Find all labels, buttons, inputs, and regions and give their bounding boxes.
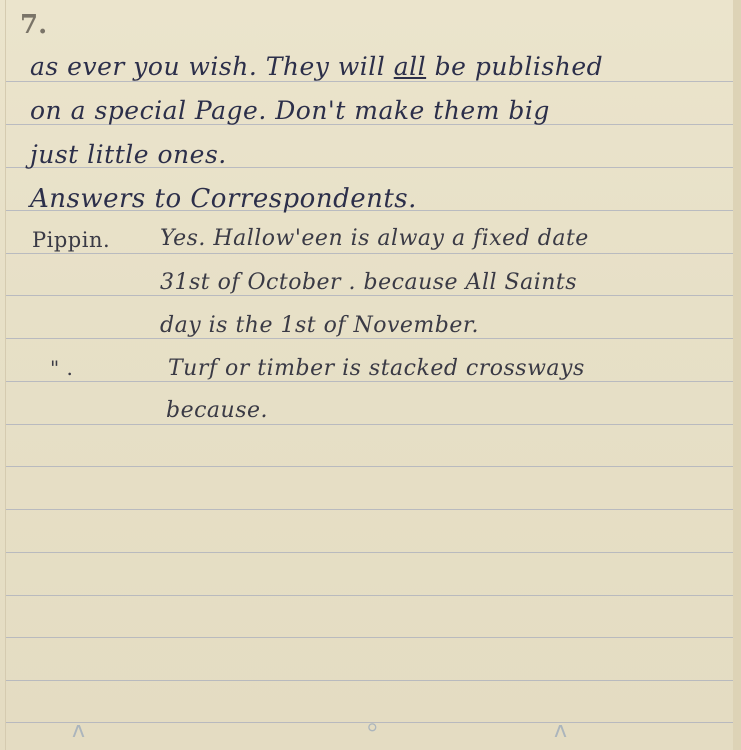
page-number: 7. bbox=[20, 10, 47, 40]
ink-bleed-mark: ⸰ bbox=[366, 712, 379, 742]
ruled-line bbox=[6, 381, 733, 382]
ruled-line bbox=[6, 253, 733, 254]
answer-line-3: day is the 1st of November. bbox=[160, 313, 479, 338]
notebook-page: 7. as ever you wish. They will all be pu… bbox=[0, 0, 734, 750]
ruled-line bbox=[6, 637, 733, 638]
ruled-line bbox=[6, 295, 733, 296]
ruled-line bbox=[6, 81, 733, 82]
ink-bleed-mark: ᴧ bbox=[72, 718, 85, 743]
answer-line-5: because. bbox=[166, 398, 268, 423]
text-line-2: on a special Page. Don't make them big bbox=[30, 96, 550, 125]
ruled-line bbox=[6, 595, 733, 596]
ruled-line bbox=[6, 338, 733, 339]
correspondent-label: Pippin. bbox=[32, 228, 110, 252]
section-heading: Answers to Correspondents. bbox=[30, 184, 417, 214]
answer-line-2: 31st of October . because All Saints bbox=[160, 270, 577, 295]
text-line-3: just little ones. bbox=[30, 140, 227, 169]
ink-bleed-mark: ᴧ bbox=[554, 718, 567, 743]
text-segment: as ever you wish. They will bbox=[30, 52, 394, 81]
ruled-line bbox=[6, 680, 733, 681]
text-segment: be published bbox=[426, 52, 603, 81]
page-edge bbox=[733, 0, 741, 750]
ruled-line bbox=[6, 552, 733, 553]
ditto-mark: " . bbox=[50, 356, 73, 380]
underlined-word: all bbox=[394, 52, 426, 81]
answer-line-4: Turf or timber is stacked crossways bbox=[168, 356, 585, 381]
ruled-line bbox=[6, 509, 733, 510]
text-line-1: as ever you wish. They will all be publi… bbox=[30, 52, 603, 81]
ruled-line bbox=[6, 424, 733, 425]
answer-line-1: Yes. Hallow'een is alway a fixed date bbox=[160, 226, 589, 251]
ruled-line bbox=[6, 466, 733, 467]
